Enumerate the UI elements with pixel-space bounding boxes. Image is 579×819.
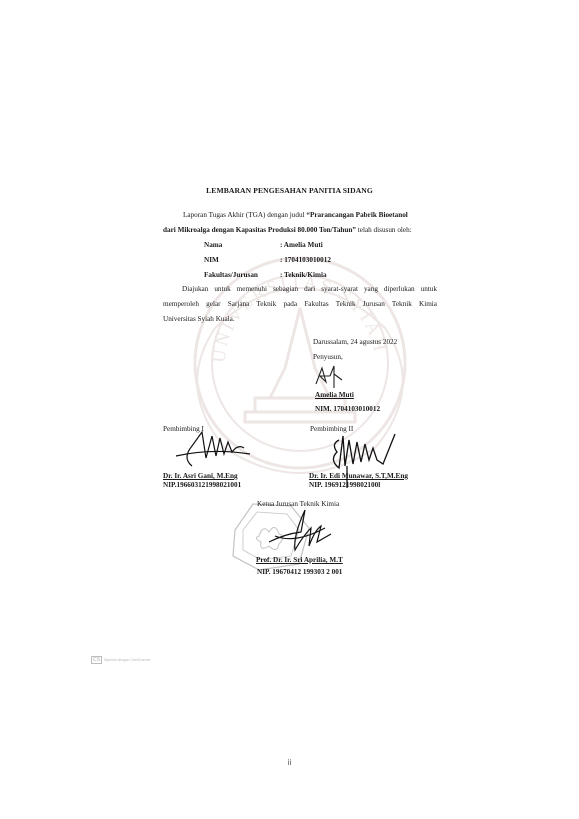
head-nip: NIP. 19670412 199303 2 001 [257, 568, 342, 576]
intro-suffix: telah disusun oleh: [356, 226, 412, 234]
author-signature [312, 362, 346, 390]
scanner-watermark: CS Dipindai dengan CamScanner [91, 656, 151, 664]
intro-line-2: dari Mikroalga dengan Kapasitas Produksi… [163, 226, 412, 234]
field-value-nim: : 1704103010012 [280, 256, 331, 264]
thesis-title-part-1: “Prarancangan Pabrik Bioetanol [306, 211, 407, 219]
advisor1-nip: NIP.196603121998021001 [163, 481, 241, 489]
advisor2-name: Dr. Ir. Edi Munawar, S.T,M.Eng [309, 472, 408, 480]
place-date: Darussalam, 24 agustus 2022 [313, 338, 397, 346]
advisor1-signature [172, 428, 252, 470]
advisor1-name: Dr. Ir. Asri Gani, M.Eng [163, 472, 238, 480]
author-nim: NIM. 1704103010012 [315, 405, 380, 413]
thesis-title-part-2: dari Mikroalga dengan Kapasitas Produksi… [163, 226, 356, 234]
field-label-name: Nama [204, 241, 222, 249]
intro-prefix: Laporan Tugas Akhir (TGA) dengan judul [183, 211, 306, 219]
purpose-line-1: Diajukan untuk memenuhi sebagian dari sy… [182, 285, 437, 293]
field-value-faculty: : Teknik/Kimia [280, 271, 327, 279]
field-label-nim: NIM [204, 256, 219, 264]
purpose-line-2: memperoleh gelar Sarjana Teknik pada Fak… [163, 300, 437, 308]
scanner-text: Dipindai dengan CamScanner [104, 658, 151, 662]
head-name: Prof. Dr. Ir. Sri Aprilia, M.T [256, 556, 343, 564]
author-role: Penyusun, [313, 353, 343, 361]
camscanner-icon: CS [91, 656, 102, 664]
intro-line-1: Laporan Tugas Akhir (TGA) dengan judul “… [183, 211, 408, 219]
head-signature [265, 506, 335, 554]
document-title: LEMBARAN PENGESAHAN PANITIA SIDANG [0, 186, 579, 195]
author-name: Amelia Muti [315, 391, 354, 399]
advisor2-nip: NIP. 196912199802100l [309, 481, 380, 489]
purpose-line-3: Universitas Syiah Kuala. [163, 315, 235, 323]
field-value-name: : Amelia Muti [280, 241, 323, 249]
field-label-faculty: Fakultas/Jurusan [204, 271, 258, 279]
page-number: ii [0, 758, 579, 767]
